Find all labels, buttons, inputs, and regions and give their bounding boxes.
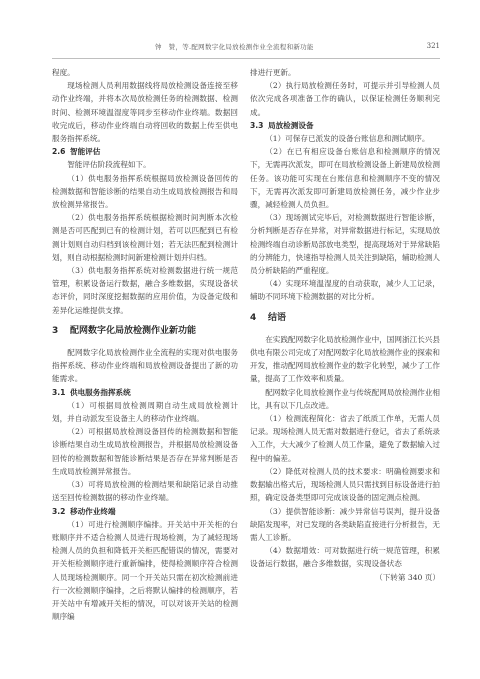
list-item: （3）提供智能诊断：减少异常信号误判，提升设备缺陷发现率，对已发现的各类缺陷直接…: [250, 505, 440, 545]
list-item: （1）可进行检测顺序编排。开关站中开关柜的台账顺序并不适合检测人员进行现场检测，…: [52, 518, 238, 624]
continued-note: （下转第 340 页）: [250, 571, 440, 584]
header-rule: [52, 58, 440, 59]
page-number: 321: [427, 42, 440, 50]
running-title: 钟 赞，等.配网数字化局放检测作业全流程和新功能: [155, 42, 314, 51]
section-heading-3-3: 3.3局放检测设备: [250, 119, 440, 132]
list-item: （1）检测流程简化：省去了纸质工作单，无需人员记录。现场检测人员无需对数据进行登…: [250, 412, 440, 465]
paragraph: 排进行更新。: [250, 66, 440, 79]
section-heading-3-1: 3.1供电服务指挥系统: [52, 386, 238, 399]
list-item: （2）执行局放检测任务时，可提示并引导检测人员依次完成各项准备工作的确认，以保证…: [250, 79, 440, 119]
list-item: （3）现场测试完毕后，对检测数据进行智能诊断，分析判断是否存在异常，对异常数据进…: [250, 211, 440, 277]
section-heading-4: 4结语: [250, 312, 440, 325]
list-item: （1）可根据局放检测周期自动生成局放检测计划，并自动派发至设备主人的移动作业终端…: [52, 399, 238, 425]
section-heading-3: 3配网数字化局放检测作业新功能: [52, 325, 238, 338]
right-column: 排进行更新。 （2）执行局放检测任务时，可提示并引导检测人员依次完成各项准备工作…: [250, 66, 440, 584]
section-heading-2-6: 2.6智能评估: [52, 145, 238, 158]
list-item: （2）供电服务指挥系统根据检测时间判断本次检测是否可匹配到已有的检测计划，若可以…: [52, 211, 238, 264]
left-column: 程度。 现场检测人员利用数据线将局放检测设备连接至移动作业终端，并将本次局放检测…: [52, 66, 238, 623]
list-item: （2）在已有相应设备台账信息和检测顺序的情况下，无需再次派发，即可在局放检测设备…: [250, 145, 440, 211]
list-item: （2）可根据局放检测设备回传的检测数据和智能诊断结果自动生成局放检测报告，并根据…: [52, 425, 238, 478]
list-item: （1）可保存已派发的设备台账信息和测试顺序。: [250, 132, 440, 145]
paragraph: 配网数字化局放检测作业全流程的实现对供电服务指挥系统、移动作业终端和局放检测设备…: [52, 346, 238, 386]
list-item: （2）降低对检测人员的技术要求：明确检测要求和数据输出格式后，现场检测人员只需找…: [250, 465, 440, 505]
list-item: （4）数据增效：可对数据进行统一规范管理，积累设备运行数据，融合多维数据，实现设…: [250, 544, 440, 570]
running-header: 钟 赞，等.配网数字化局放检测作业全流程和新功能 321: [52, 42, 440, 56]
list-item: （1）供电服务指挥系统根据局放检测设备回传的检测数据和智能诊断的结果自动生成局放…: [52, 172, 238, 212]
section-heading-3-2: 3.2移动作业终端: [52, 505, 238, 518]
paragraph: 智能评估阶段流程如下。: [52, 158, 238, 171]
list-item: （3）供电服务指挥系统对检测数据进行统一规范管理，积累设备运行数据，融合多维数据…: [52, 264, 238, 317]
list-item: （4）实现环境温湿度的自动获取，减少人工记录，辅助不同环境下检测数据的对比分析。: [250, 277, 440, 303]
list-item: （3）可将局放检测的检测结果和缺陷记录自动推送至回传检测数据的移动作业终端。: [52, 478, 238, 504]
paragraph: 程度。: [52, 66, 238, 79]
paragraph: 现场检测人员利用数据线将局放检测设备连接至移动作业终端，并将本次局放检测任务的检…: [52, 79, 238, 145]
paragraph: 配网数字化局放检测作业与传统配网局放检测作业相比，具有以下几点改进。: [250, 386, 440, 412]
paragraph: 在实践配网数字化局放检测作业中，国网浙江长兴县供电有限公司完成了对配网数字化局放…: [250, 333, 440, 386]
